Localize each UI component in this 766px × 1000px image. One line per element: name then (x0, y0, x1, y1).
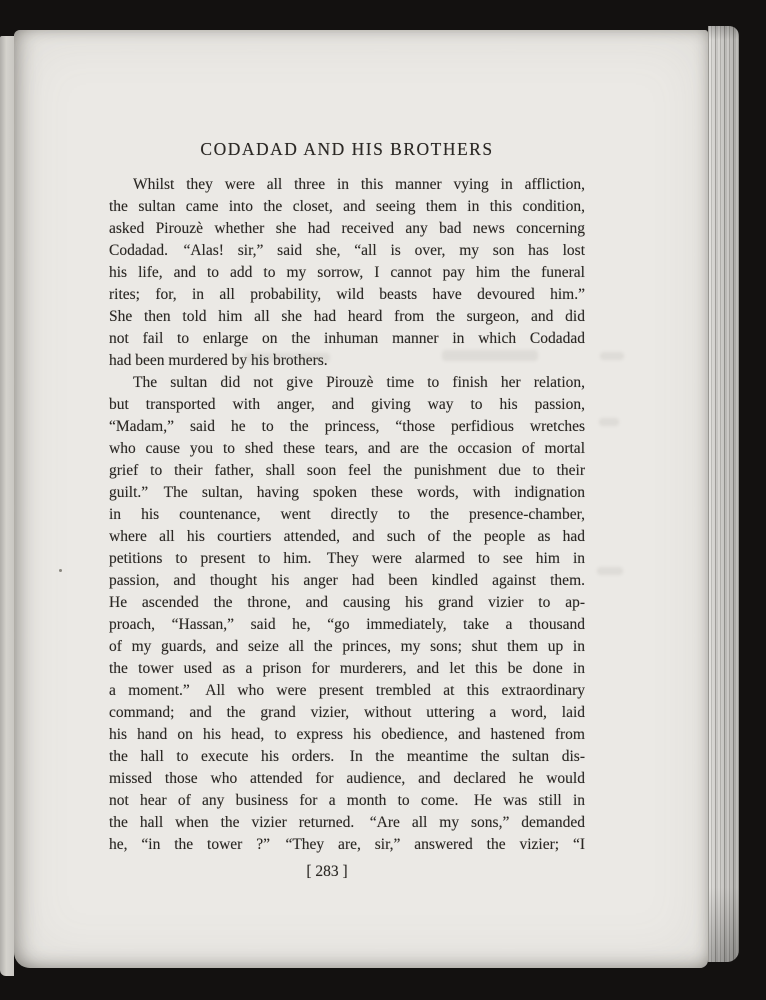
book-scan-photo: CODADAD AND HIS BROTHERS Whilst they wer… (0, 0, 766, 1000)
text-line: The sultan did not give Pirouzè time to … (109, 372, 585, 394)
paper-speck (59, 569, 62, 572)
text-line: asked Pirouzè whether she had received a… (109, 218, 585, 240)
text-line: not fail to enlarge on the inhuman manne… (109, 328, 585, 350)
show-through-smudge (442, 350, 538, 361)
text-line: where all his courtiers attended, and su… (109, 526, 585, 548)
fore-edge-page-stack (708, 26, 739, 962)
text-line: his hand on his head, to express his obe… (109, 724, 585, 746)
text-line: rites; for, in all probability, wild bea… (109, 284, 585, 306)
show-through-smudge (244, 353, 330, 362)
text-line: guilt.” The sultan, having spoken these … (109, 482, 585, 504)
page-number: [ 283 ] (89, 863, 565, 881)
text-line: missed those who attended for audience, … (109, 768, 585, 790)
text-line: passion, and thought his anger had been … (109, 570, 585, 592)
book-page: CODADAD AND HIS BROTHERS Whilst they wer… (14, 30, 708, 968)
text-line: in his countenance, went directly to the… (109, 504, 585, 526)
show-through-smudge (597, 567, 623, 575)
text-line: the sultan came into the closet, and see… (109, 196, 585, 218)
text-line: He ascended the throne, and causing his … (109, 592, 585, 614)
text-line: his life, and to add to my sorrow, I can… (109, 262, 585, 284)
text-line: “Madam,” said he to the princess, “those… (109, 416, 585, 438)
show-through-smudge (600, 352, 624, 360)
text-line: She then told him all she had heard from… (109, 306, 585, 328)
show-through-smudge (599, 418, 619, 426)
text-line: petitions to present to him. They were a… (109, 548, 585, 570)
running-head: CODADAD AND HIS BROTHERS (109, 139, 585, 160)
text-line: grief to their father, shall soon feel t… (109, 460, 585, 482)
text-line: the hall to execute his orders. In the m… (109, 746, 585, 768)
text-line: a moment.” All who were present trembled… (109, 680, 585, 702)
text-line: but transported with anger, and giving w… (109, 394, 585, 416)
body-text: Whilst they were all three in this manne… (109, 174, 585, 856)
text-line: he, “in the tower ?” “They are, sir,” an… (109, 834, 585, 856)
text-line: Whilst they were all three in this manne… (109, 174, 585, 196)
text-line: the hall when the vizier returned. “Are … (109, 812, 585, 834)
text-line: Codadad. “Alas! sir,” said she, “all is … (109, 240, 585, 262)
text-line: the tower used as a prison for murderers… (109, 658, 585, 680)
facing-page-edge (0, 36, 14, 976)
text-line: who cause you to shed these tears, and a… (109, 438, 585, 460)
text-line: of my guards, and seize all the princes,… (109, 636, 585, 658)
text-line: command; and the grand vizier, without u… (109, 702, 585, 724)
text-line: proach, “Hassan,” said he, “go immediate… (109, 614, 585, 636)
text-line: not hear of any business for a month to … (109, 790, 585, 812)
